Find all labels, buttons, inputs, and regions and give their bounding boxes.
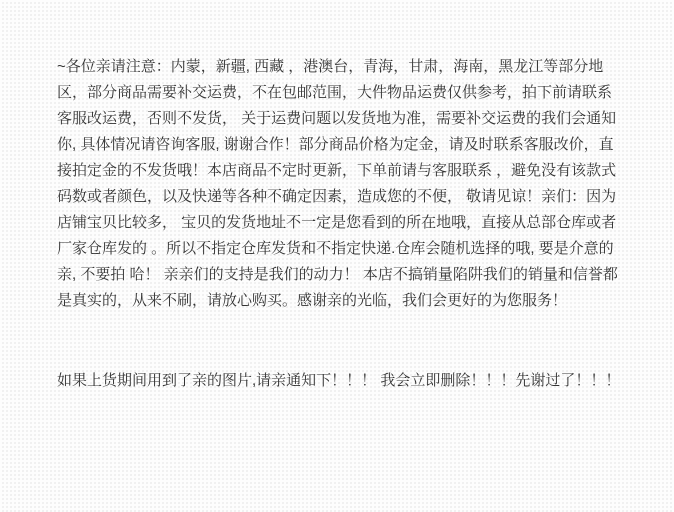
seller-announcement-page: ~各位亲请注意：内蒙，新疆, 西藏 ，港澳台，青海，甘肃，海南，黑龙江等部分地 … <box>0 0 674 512</box>
image-removal-notice-text: 如果上货期间用到了亲的图片,请亲通知下！！！ 我会立即删除！！！先谢过了！！！ <box>57 368 622 394</box>
shipping-notice-text: ~各位亲请注意：内蒙，新疆, 西藏 ，港澳台，青海，甘肃，海南，黑龙江等部分地 … <box>57 54 622 314</box>
